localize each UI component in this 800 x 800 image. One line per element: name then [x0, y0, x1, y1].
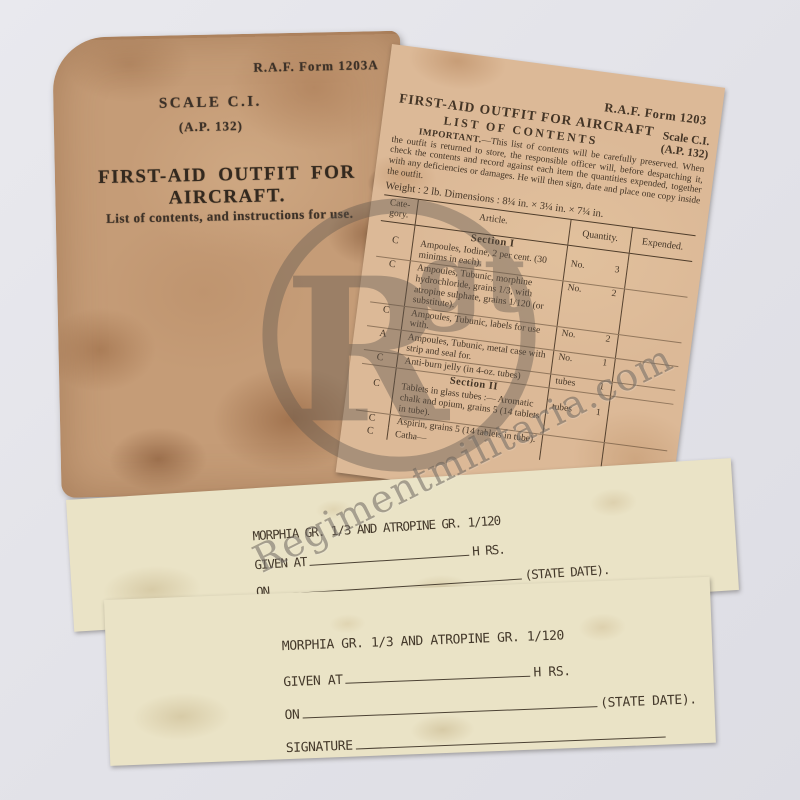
quantity-value [595, 443, 596, 454]
category-cell: C [376, 233, 413, 260]
booklet-title: FIRST-AID OUTFIT FOR AIRCRAFT. [55, 161, 404, 212]
header-category: Cate- gory. [381, 195, 418, 224]
quantity-unit: No. [569, 260, 586, 283]
quantity-unit: tubes [548, 402, 572, 436]
contents-page: R.A.F. Form 1203 Scale C.I. (A.P. 132) F… [336, 44, 726, 516]
state-date-label: (STATE DATE). [524, 562, 610, 582]
quantity-unit: No. [556, 353, 573, 376]
given-at-label: GIVEN AT [254, 554, 307, 572]
quantity-value: 1 [598, 382, 604, 393]
on-label: ON [284, 708, 299, 724]
booklet-form-number: R.A.F. Form 1203A [253, 57, 379, 76]
page-scale-block: Scale C.I. (A.P. 132) [660, 130, 711, 162]
hrs-label: H RS. [533, 664, 571, 680]
booklet-ap-number: (A.P. 132) [54, 115, 402, 138]
state-date-label: (STATE DATE). [600, 692, 697, 711]
quantity-unit [547, 437, 548, 448]
category-cell: C [356, 376, 394, 414]
photo-of-raf-first-aid-documents: R.A.F. Form 1203A SCALE C.I. (A.P. 132) … [0, 0, 800, 800]
signature-label: SIGNATURE [286, 739, 353, 757]
hrs-label: H RS. [472, 542, 506, 559]
category-cell: A [364, 326, 401, 353]
quantity-unit: No. [560, 329, 577, 352]
morphia-slip-2: MORPHIA GR. 1/3 AND ATROPINE GR. 1/120 G… [104, 577, 716, 766]
quantity-value: 2 [607, 289, 617, 332]
given-at-label: GIVEN AT [283, 673, 343, 690]
booklet-scale: SCALE C.I. [53, 91, 401, 115]
quantity-value: 1 [600, 358, 607, 380]
contents-table: Cate- gory. Article. Quantity. Expended.… [353, 194, 696, 477]
quantity-value: 2 [603, 334, 610, 356]
expended-cell [618, 290, 687, 342]
quantity-value: 1 [592, 408, 601, 440]
category-cell: C [367, 302, 404, 329]
quantity-value: 3 [613, 265, 620, 287]
quantity-unit: tubes [555, 376, 576, 389]
quantity-unit: No. [563, 284, 582, 328]
